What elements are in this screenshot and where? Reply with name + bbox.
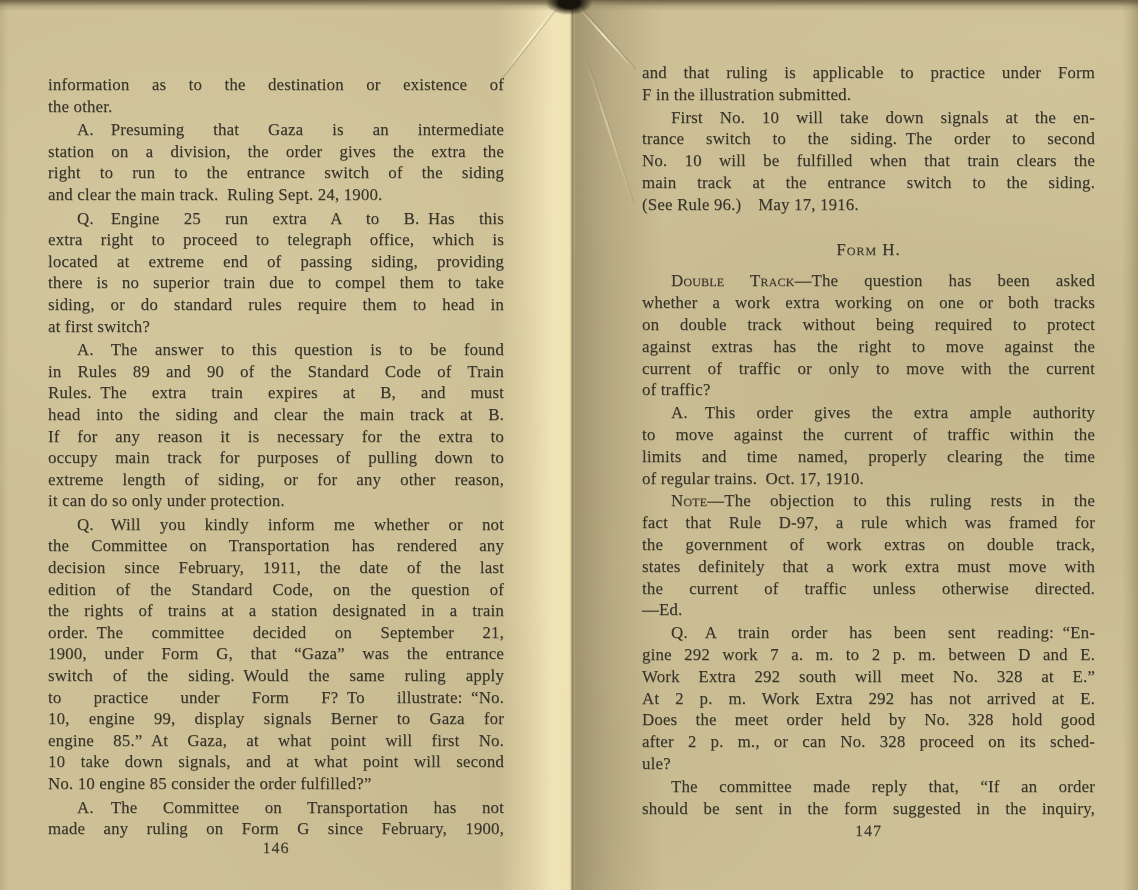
text-line: should be sent in the form suggested in … <box>642 798 1095 820</box>
text-line: Does the meet order held by No. 328 hold… <box>642 709 1095 731</box>
text-line: engine 85.” At Gaza, at what point will … <box>48 730 504 752</box>
text-line: trance switch to the siding. The order t… <box>642 128 1095 150</box>
text-line: —Ed. <box>642 599 1095 621</box>
paragraph: A. Presuming that Gaza is an intermediat… <box>48 119 504 205</box>
text-line: to practice under Form F? To illustrate:… <box>48 687 504 709</box>
text-line: to move against the current of traffic w… <box>642 424 1095 446</box>
text-line: First No. 10 will take down signals at t… <box>642 107 1095 129</box>
text-line: No. 10 engine 85 consider the order fulf… <box>48 773 504 795</box>
paragraph: Q. Engine 25 run extra A to B. Has thise… <box>48 208 504 338</box>
paragraph: Double Track—The question has been asked… <box>642 270 1095 401</box>
page-right: and that ruling is applicable to practic… <box>642 62 1095 862</box>
text-line: F in the illustration submitted. <box>642 84 1095 106</box>
page-left: information as to the destination or exi… <box>48 74 504 874</box>
text-line: located at extreme end of passing siding… <box>48 251 504 273</box>
text-line: ule? <box>642 753 1095 775</box>
text-line: decision since February, 1911, the date … <box>48 557 504 579</box>
text-line: current of traffic or only to move with … <box>642 358 1095 380</box>
text-line: gine 292 work 7 a. m. to 2 p. m. between… <box>642 644 1095 666</box>
page-number-right: 147 <box>642 823 1095 841</box>
gutter-crease-line <box>570 0 575 890</box>
text-line: the current of traffic unless otherwise … <box>642 578 1095 600</box>
text-line: and clear the main track. Ruling Sept. 2… <box>48 184 504 206</box>
small-caps-lead: Note <box>671 491 707 510</box>
text-line: edition of the Standard Code, on the que… <box>48 579 504 601</box>
text-line: the other. <box>48 96 504 118</box>
text-line: At 2 p. m. Work Extra 292 has not arrive… <box>642 688 1095 710</box>
text-line: extra right to proceed to telegraph offi… <box>48 229 504 251</box>
page-left-text: information as to the destination or exi… <box>48 74 504 840</box>
paragraph: and that ruling is applicable to practic… <box>642 62 1095 106</box>
text-line: Rules. The extra train expires at B, and… <box>48 382 504 404</box>
paragraph: Q. A train order has been sent reading: … <box>642 622 1095 775</box>
text-line: whether a work extra working on one or b… <box>642 292 1095 314</box>
text-line: head into the siding and clear the main … <box>48 404 504 426</box>
paragraph: Q. Will you kindly inform me whether or … <box>48 514 504 795</box>
text-line: Double Track—The question has been asked <box>642 270 1095 292</box>
text-line: A. The answer to this question is to be … <box>48 339 504 361</box>
text-line: Q. A train order has been sent reading: … <box>642 622 1095 644</box>
text-line: station on a division, the order gives t… <box>48 141 504 163</box>
text-line: Q. Will you kindly inform me whether or … <box>48 514 504 536</box>
text-line: it can do so only under protection. <box>48 490 504 512</box>
text-line: 1900, under Form G, that “Gaza” was the … <box>48 643 504 665</box>
paragraph: Note—The objection to this ruling rests … <box>642 490 1095 621</box>
text-line: switch of the siding. Would the same rul… <box>48 665 504 687</box>
page-number-left: 146 <box>48 840 504 858</box>
text-line: fact that Rule D-97, a rule which was fr… <box>642 512 1095 534</box>
paragraph: A. This order gives the extra ample auth… <box>642 402 1095 489</box>
text-line: at first switch? <box>48 316 504 338</box>
page-right-text: and that ruling is applicable to practic… <box>642 62 1095 819</box>
text-line: states definitely that a work extra must… <box>642 556 1095 578</box>
text-line: Note—The objection to this ruling rests … <box>642 490 1095 512</box>
text-line: A. The Committee on Transportation has n… <box>48 797 504 819</box>
text-line: information as to the destination or exi… <box>48 74 504 96</box>
text-line: after 2 p. m., or can No. 328 proceed on… <box>642 731 1095 753</box>
text-line: A. This order gives the extra ample auth… <box>642 402 1095 424</box>
text-line: occupy main track for purposes of pullin… <box>48 447 504 469</box>
right-page-edge <box>1122 0 1138 890</box>
gutter-highlight <box>498 0 572 890</box>
text-line: Q. Engine 25 run extra A to B. Has this <box>48 208 504 230</box>
paragraph: A. The answer to this question is to be … <box>48 339 504 512</box>
paragraph: information as to the destination or exi… <box>48 74 504 117</box>
left-page-edge <box>0 0 9 890</box>
section-heading: Form H. <box>642 239 1095 261</box>
text-line: If for any reason it is necessary for th… <box>48 426 504 448</box>
paragraph: The committee made reply that, “If an or… <box>642 776 1095 820</box>
text-line: right to run to the entrance switch of t… <box>48 162 504 184</box>
paragraph: A. The Committee on Transportation has n… <box>48 797 504 840</box>
text-line: against extras has the right to move aga… <box>642 336 1095 358</box>
text-line: 10 take down signals, and at what point … <box>48 751 504 773</box>
book-spread: information as to the destination or exi… <box>0 0 1138 890</box>
text-line: of traffic? <box>642 379 1095 401</box>
paragraph: First No. 10 will take down signals at t… <box>642 107 1095 216</box>
text-line: Work Extra 292 south will meet No. 328 a… <box>642 666 1095 688</box>
text-line: on double track without being required t… <box>642 314 1095 336</box>
small-caps-lead: Double Track <box>671 271 795 290</box>
text-line: The committee made reply that, “If an or… <box>642 776 1095 798</box>
text-line: and that ruling is applicable to practic… <box>642 62 1095 84</box>
text-line: order. The committee decided on Septembe… <box>48 622 504 644</box>
text-line: limits and time named, properly clearing… <box>642 446 1095 468</box>
text-line: the government of work extras on double … <box>642 534 1095 556</box>
text-line: siding, or do standard rules require the… <box>48 294 504 316</box>
text-line: (See Rule 96.) May 17, 1916. <box>642 194 1095 216</box>
text-line: 10, engine 99, display signals Berner to… <box>48 708 504 730</box>
text-line: extreme length of siding, or for any oth… <box>48 469 504 491</box>
text-line: the rights of trains at a station design… <box>48 600 504 622</box>
text-line: A. Presuming that Gaza is an intermediat… <box>48 119 504 141</box>
text-line: of regular trains. Oct. 17, 1910. <box>642 468 1095 490</box>
text-line: No. 10 will be fulfilled when that train… <box>642 150 1095 172</box>
text-line: main track at the entrance switch to the… <box>642 172 1095 194</box>
text-line: in Rules 89 and 90 of the Standard Code … <box>48 361 504 383</box>
text-line: made any ruling on Form G since February… <box>48 818 504 840</box>
text-line: there is no superior train due to compel… <box>48 272 504 294</box>
text-line: the Committee on Transportation has rend… <box>48 535 504 557</box>
